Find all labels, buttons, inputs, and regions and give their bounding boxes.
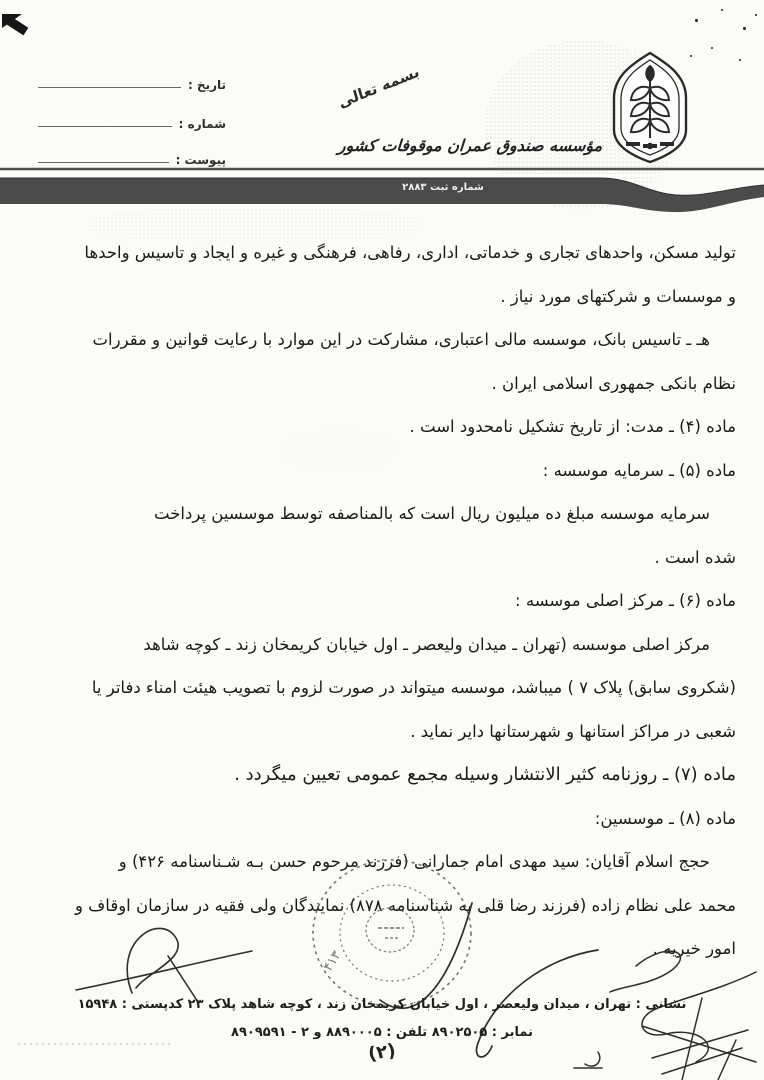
body-line: ماده (۶) ـ مرکز اصلی موسسه : <box>24 579 736 623</box>
body-line: هـ ـ تاسیس بانک، موسسه مالی اعتباری، مشا… <box>24 318 736 362</box>
body-line: ماده (۸) ـ موسسین: <box>24 797 736 841</box>
body-line: حجج اسلام آقایان: سید مهدی امام جمارانی … <box>24 840 736 884</box>
footer-phone-fax: نمابر : ۸۹۰۲۵۰۵ تلفن : ۸۸۹۰۰۰۵ و ۲ - ۸۹۰… <box>0 1025 764 1040</box>
date-field-label: تاریخ : <box>188 78 226 92</box>
attachment-field-label: پیوست : <box>176 153 226 167</box>
corner-ink-mark <box>2 14 32 40</box>
number-field-label: شماره : <box>179 117 226 131</box>
date-field: تاریخ : <box>36 68 226 92</box>
number-fill-line <box>38 126 172 127</box>
footer-address: نشانی : تهران ، میدان ولیعصر ، اول خیابا… <box>0 997 764 1012</box>
page-number: (۲) <box>367 1040 397 1065</box>
letterhead-fields: تاریخ : شماره : پیوست : <box>36 68 226 182</box>
body-line: ماده (۷) ـ روزنامه کثیر الانتشار وسیله م… <box>24 753 736 797</box>
ink-triangle <box>2 14 22 28</box>
date-fill-line <box>38 87 181 88</box>
scanned-document-page: { "header": { "bismillah": "بسمه تعالی",… <box>0 0 764 1080</box>
number-field: شماره : <box>36 107 226 131</box>
registration-number: شماره ثبت ۲۸۸۳ <box>388 182 498 193</box>
body-line: شعبی در مراکز استانها و شهرستانها دایر ن… <box>24 710 736 754</box>
body-line: ماده (۵) ـ سرمایه موسسه : <box>24 449 736 493</box>
document-body: تولید مسکن، واحدهای تجاری و خدماتی، ادار… <box>24 231 736 971</box>
handwritten-mark <box>574 1052 602 1068</box>
body-line: (شکروی سابق) پلاک ۷ ) میباشد، موسسه میتو… <box>24 666 736 710</box>
signature-right <box>610 951 756 1080</box>
body-line: شده است . <box>24 536 736 580</box>
body-line: و موسسات و شرکتهای مورد نیاز . <box>24 275 736 319</box>
attachment-field: پیوست : <box>36 143 226 167</box>
attachment-fill-line <box>38 162 169 163</box>
organization-emblem-icon <box>602 50 698 168</box>
body-line: تولید مسکن، واحدهای تجاری و خدماتی، ادار… <box>24 231 736 275</box>
body-line: محمد علی نظام زاده (فرزند رضا قلی به شنا… <box>24 884 736 928</box>
bismillah-calligraphy: بسمه تعالی <box>337 62 422 112</box>
body-line: مرکز اصلی موسسه (تهران ـ میدان ولیعصر ـ … <box>24 623 736 667</box>
body-line: ماده (۴) ـ مدت: از تاریخ تشکیل نامحدود ا… <box>24 405 736 449</box>
body-line: سرمایه موسسه مبلغ ده میلیون ریال است که … <box>24 492 736 536</box>
body-line: نظام بانکی جمهوری اسلامی ایران . <box>24 362 736 406</box>
body-line: امور خیریه . <box>24 927 736 971</box>
organization-name: مؤسسه صندوق عمران موقوفات کشور <box>337 136 606 155</box>
header-band <box>0 166 764 218</box>
